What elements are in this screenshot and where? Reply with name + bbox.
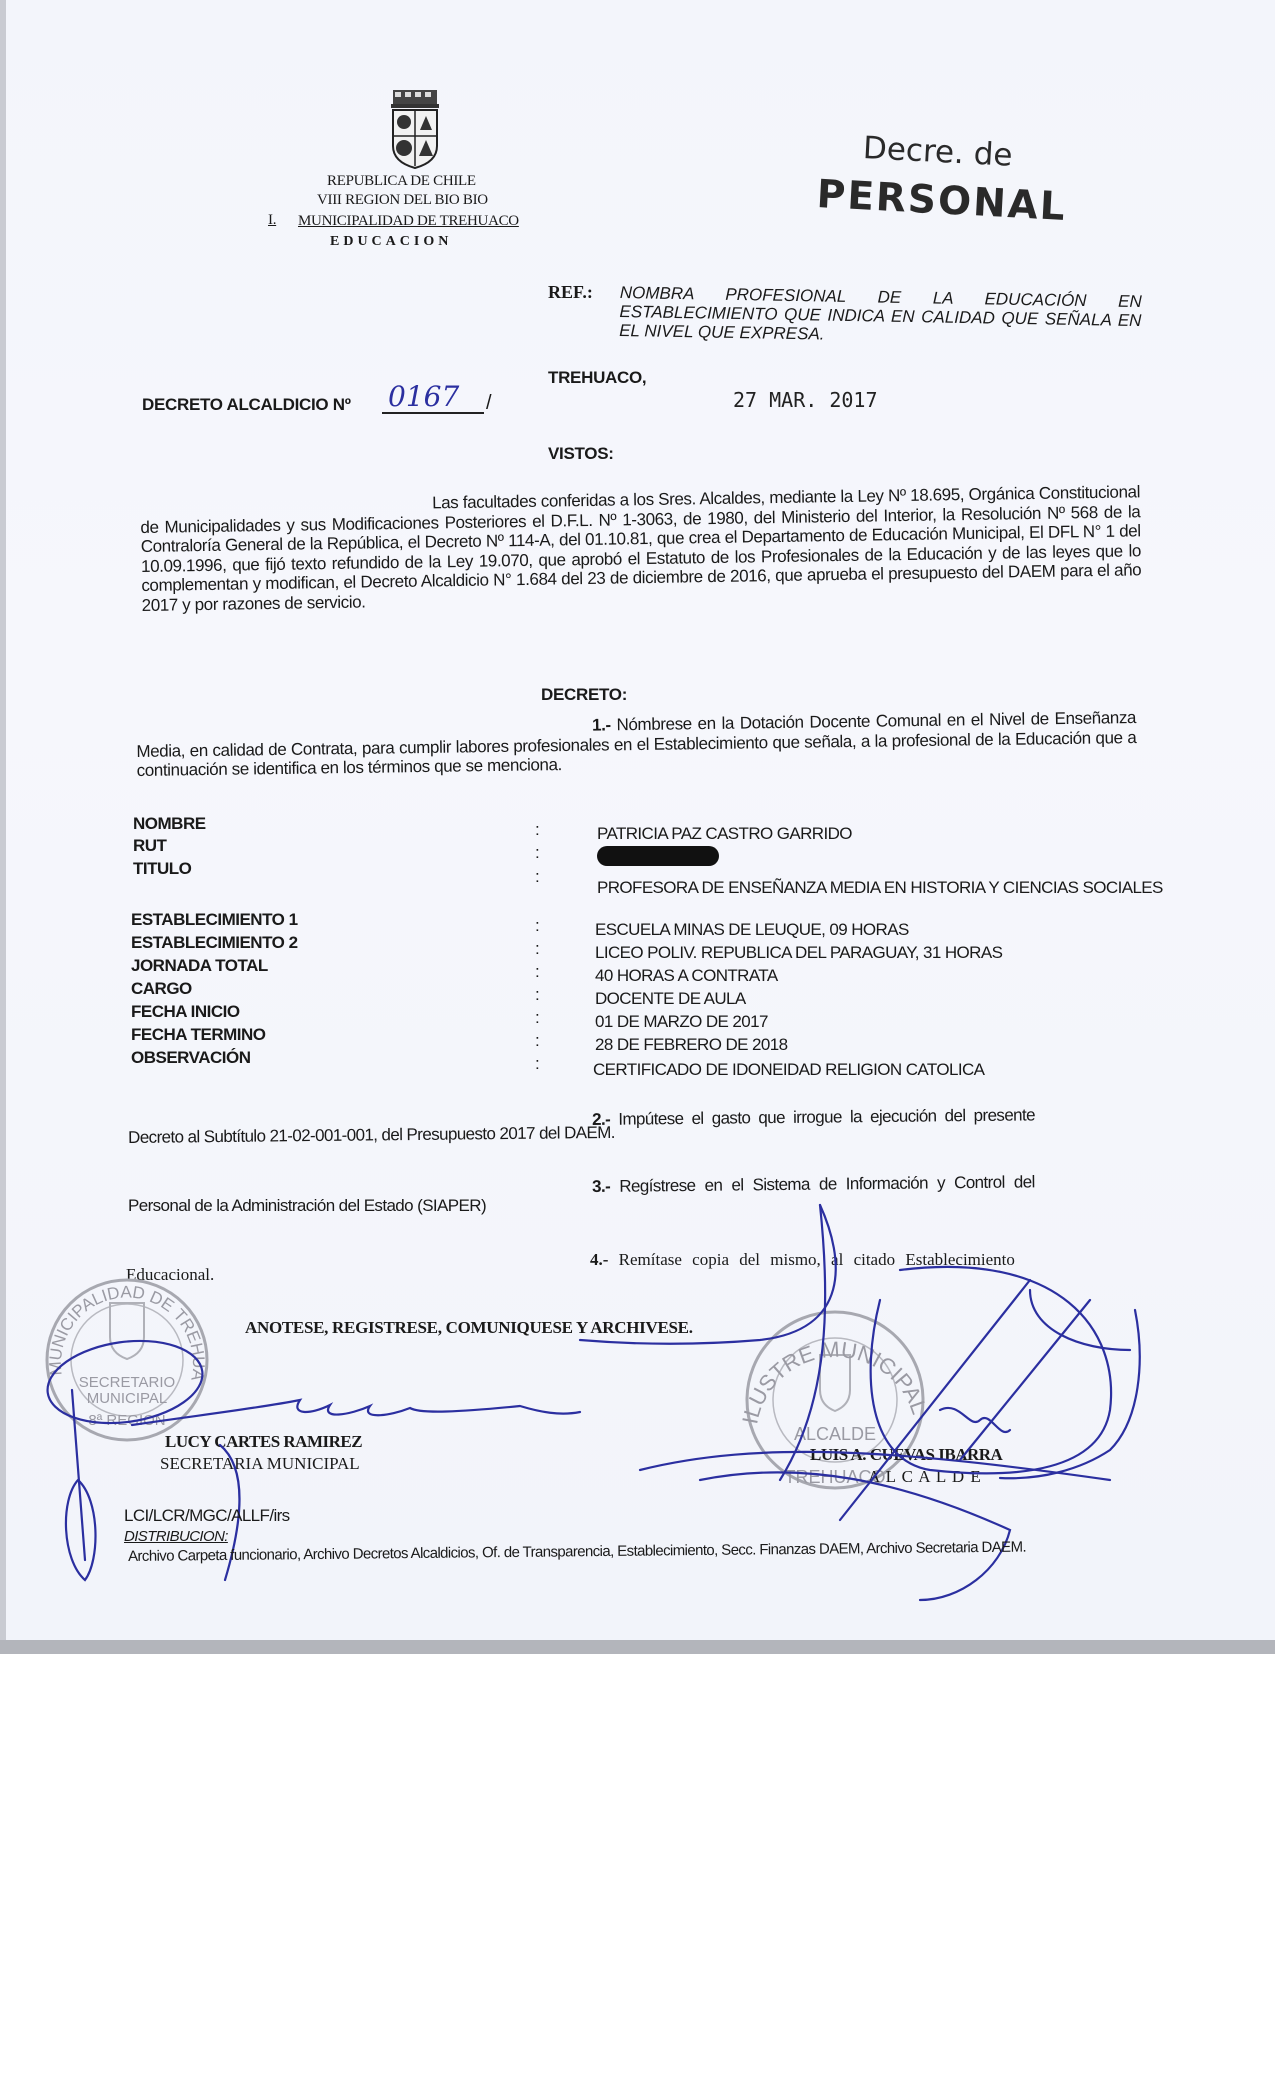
date-stamp: 27 MAR. 2017	[733, 388, 878, 412]
field-label-rut: RUT	[133, 834, 166, 857]
header-country: REPUBLICA DE CHILE	[327, 173, 476, 190]
decree-number-handwritten: 0167	[388, 380, 459, 413]
field-label-titulo: TITULO	[133, 857, 191, 880]
item-4-line1: 4.- Remítase copia del mismo, al citado …	[590, 1250, 1015, 1270]
field-value-nombre: PATRICIA PAZ CASTRO GARRIDO	[597, 824, 852, 843]
slash-mark: /	[486, 392, 492, 415]
field-label-cargo: CARGO	[131, 977, 192, 1000]
scan-bottom-edge	[0, 1640, 1275, 1654]
field-value-cargo: DOCENTE DE AULA	[595, 989, 746, 1008]
item-3-number: 3.-	[592, 1177, 610, 1196]
item-1-number: 1.-	[592, 715, 611, 734]
vistos-heading: VISTOS:	[548, 444, 614, 464]
colon: :	[535, 841, 540, 864]
page-edge	[0, 0, 6, 1640]
decree-number-label: DECRETO ALCALDICIO Nº	[142, 395, 351, 415]
field-label-fecha-termino: FECHA TERMINO	[131, 1023, 266, 1046]
colon: :	[535, 937, 540, 960]
item-4-text: Remítase copia del mismo, al citado Esta…	[619, 1250, 1015, 1269]
colon: :	[535, 983, 540, 1006]
colon: :	[535, 865, 540, 888]
header-department: EDUCACION	[330, 234, 452, 250]
secretary-name: LUCY CARTES RAMIREZ	[165, 1432, 362, 1452]
header-municipality: MUNICIPALIDAD DE TREHUACO	[298, 213, 519, 230]
colon: :	[535, 818, 540, 841]
closing-formula: ANOTESE, REGISTRESE, COMUNIQUESE Y ARCHI…	[245, 1318, 693, 1338]
colon: :	[535, 1052, 540, 1075]
field-value-titulo: PROFESORA DE ENSEÑANZA MEDIA EN HISTORIA…	[597, 878, 1269, 897]
mayor-role: A L C A L D E	[868, 1467, 982, 1487]
vistos-paragraph: Las facultades conferidas a los Sres. Al…	[140, 482, 1142, 615]
colon: :	[535, 960, 540, 983]
ref-label: REF.:	[548, 282, 593, 303]
header-region: VIII REGION DEL BIO BIO	[317, 192, 488, 209]
initials: LCI/LCR/MGC/ALLF/irs	[124, 1506, 290, 1525]
field-value-establecimiento-1: ESCUELA MINAS DE LEUQUE, 09 HORAS	[595, 920, 909, 939]
field-label-establecimiento-2: ESTABLECIMIENTO 2	[131, 931, 298, 954]
field-value-jornada-total: 40 HORAS A CONTRATA	[595, 966, 778, 985]
field-value-establecimiento-2: LICEO POLIV. REPUBLICA DEL PARAGUAY, 31 …	[595, 943, 1002, 962]
colon: :	[535, 914, 540, 937]
header-prefix: I.	[268, 212, 276, 229]
decreto-heading: DECRETO:	[541, 685, 627, 705]
colon: :	[535, 1029, 540, 1052]
item-4-number: 4.-	[590, 1250, 608, 1269]
field-label-observacion: OBSERVACIÓN	[131, 1046, 251, 1069]
field-label-establecimiento-1: ESTABLECIMIENTO 1	[131, 908, 298, 931]
mayor-name: LUIS A. CUEVAS IBARRA	[810, 1445, 1002, 1465]
secretary-role: SECRETARIA MUNICIPAL	[160, 1454, 360, 1474]
ref-text: NOMBRA PROFESIONAL DE LA EDUCACIÓN EN ES…	[619, 283, 1142, 349]
field-label-nombre: NOMBRE	[133, 812, 206, 835]
place-label: TREHUACO,	[548, 368, 646, 388]
decree-number-line: 0167	[382, 380, 484, 414]
field-value-fecha-inicio: 01 DE MARZO DE 2017	[595, 1012, 768, 1031]
distribution-label: DISTRIBUCION:	[124, 1527, 228, 1546]
item-3-line2: Personal de la Administración del Estado…	[128, 1196, 486, 1215]
item-4-line2: Educacional.	[126, 1265, 214, 1285]
municipal-crest-icon	[385, 88, 445, 170]
colon: :	[535, 1006, 540, 1029]
field-value-fecha-termino: 28 DE FEBRERO DE 2018	[595, 1035, 787, 1054]
field-value-rut-redacted	[597, 846, 719, 866]
field-value-observacion: CERTIFICADO DE IDONEIDAD RELIGION CATOLI…	[593, 1060, 984, 1079]
field-label-jornada-total: JORNADA TOTAL	[131, 954, 268, 977]
field-label-fecha-inicio: FECHA INICIO	[131, 1000, 240, 1023]
